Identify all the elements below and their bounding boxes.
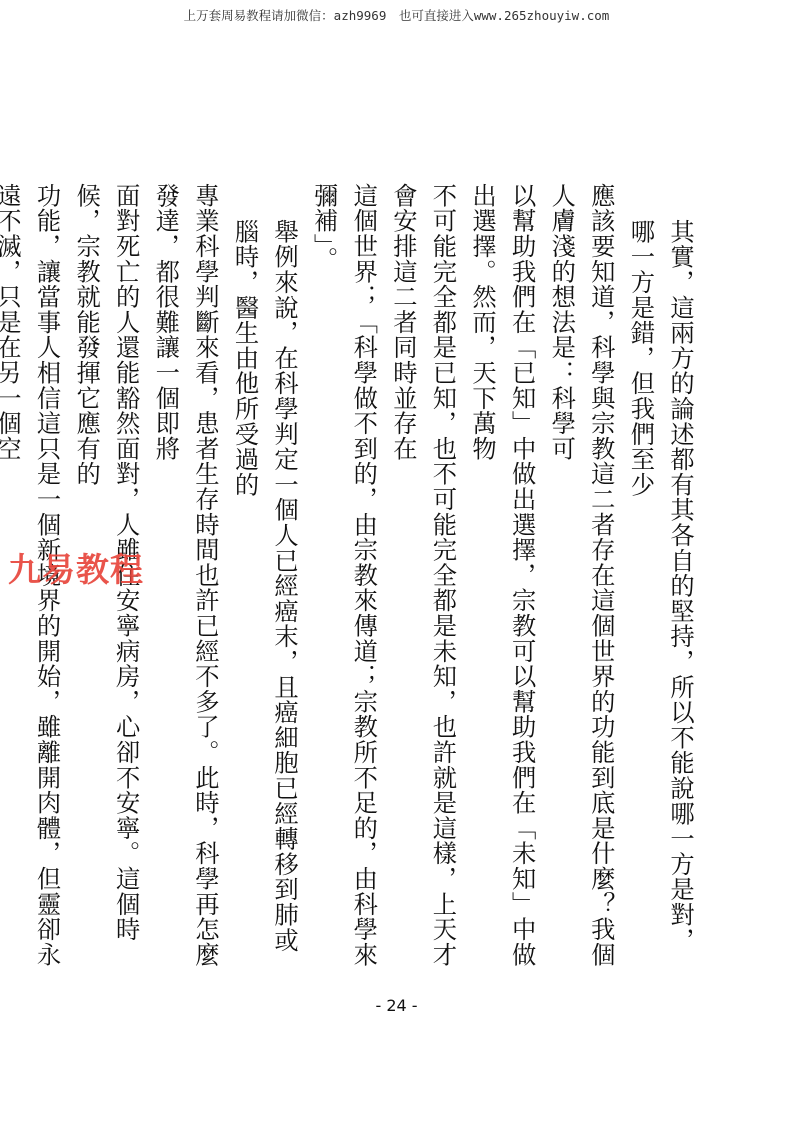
- text-column: 應該要知道，科學與宗教這二者存在這個世界的功能到底是什麼？我個人膚淺的想法是：科…: [542, 183, 621, 973]
- text-column: 舉例來說，在科學判定一個人已經癌末，且癌細胞已經轉移到肺或腦時，醫生由他所受過的: [225, 183, 304, 973]
- page-number: - 24 -: [0, 996, 793, 1015]
- watermark-logo: 九易教程: [8, 544, 144, 591]
- text-column: 其實，這兩方的論述都有其各自的堅持，所以不能說哪一方是對，哪一方是錯，但我們至少: [621, 183, 700, 973]
- header-banner: 上万套周易教程请加微信：azh9969 也可直接进入www.265zhouyiw…: [0, 6, 793, 24]
- text-column: 專業科學判斷來看，患者生存時間也許已經不多了。此時，科學再怎麼發達，都很難讓一個…: [146, 183, 225, 973]
- text-column: 不可能完全都是已知，也不可能完全都是未知，也許就是這樣，上天才會安排這二者同時並…: [383, 183, 462, 973]
- text-column: 這個世界；「科學做不到的，由宗教來傳道；宗教所不足的，由科學來彌補」。: [304, 183, 383, 973]
- text-column: 以幫助我們在「已知」中做出選擇，宗教可以幫助我們在「未知」中做出選擇。然而，天下…: [462, 183, 541, 973]
